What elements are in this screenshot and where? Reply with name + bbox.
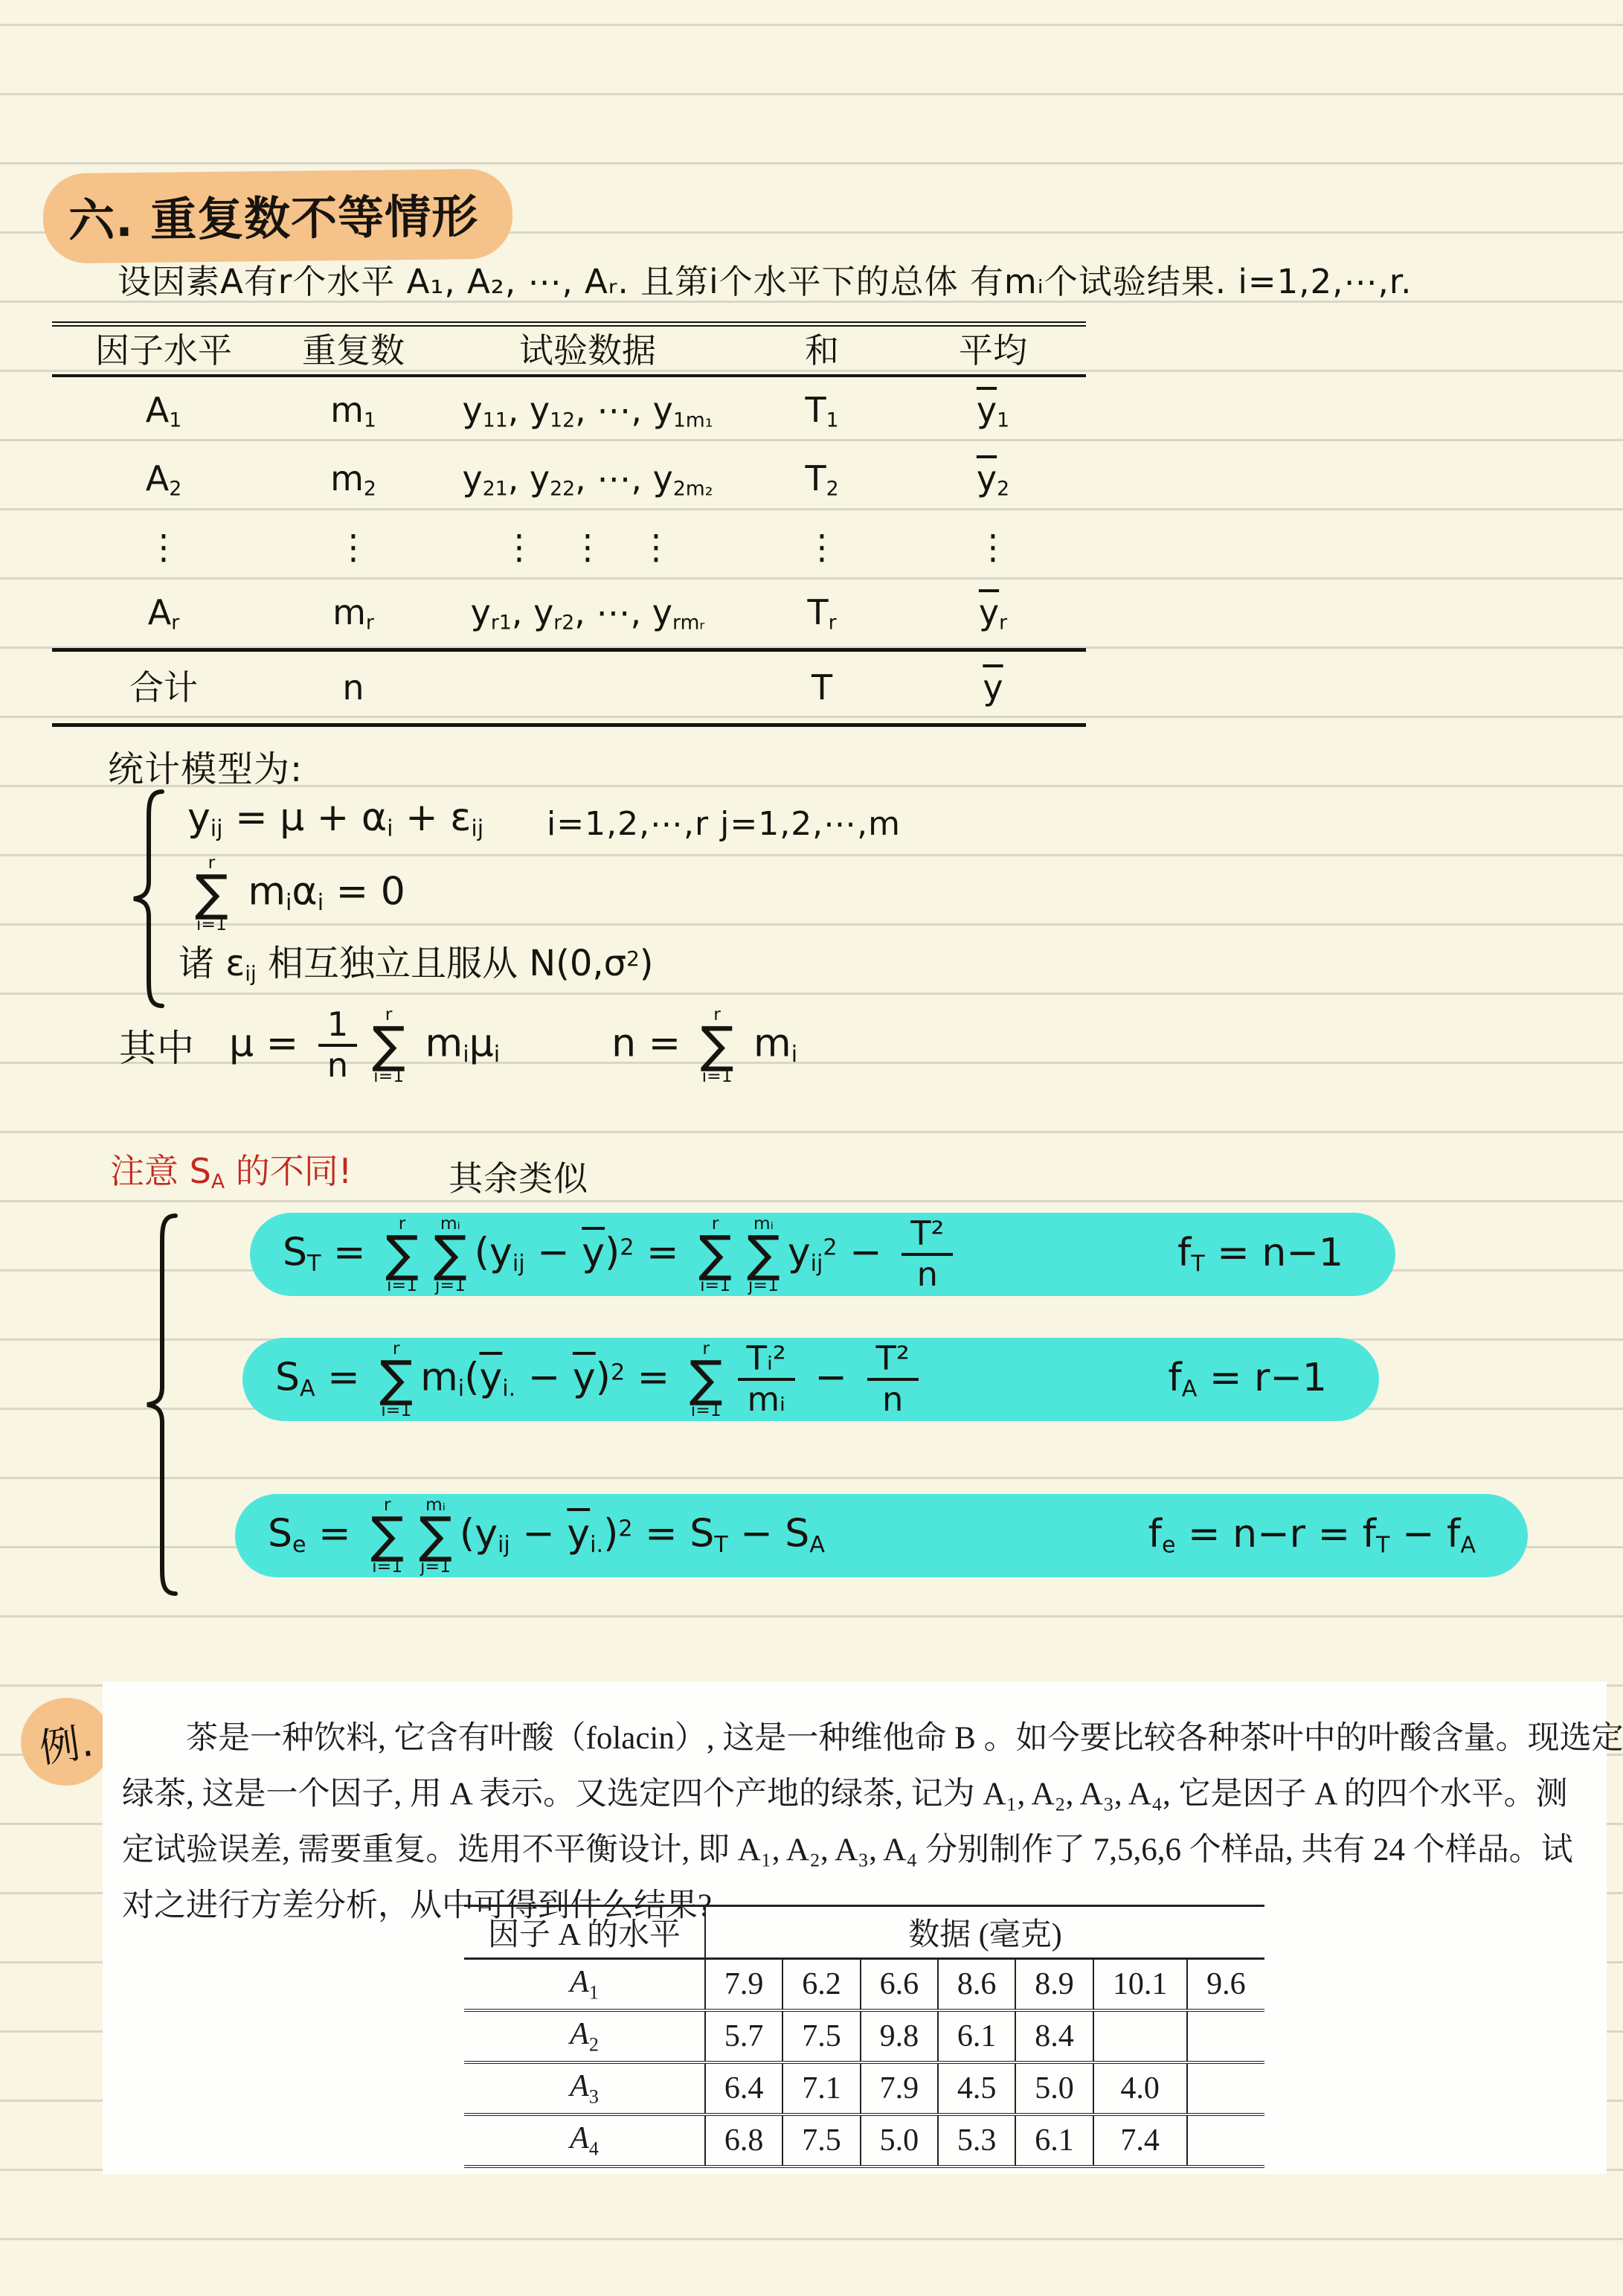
summary-cell: yr1, yr2, ⋯, yrmᵣ [431,594,744,634]
data-cell: 7.4 [1093,2114,1187,2167]
paragraph-line: 茶是一种饮料, 它含有叶酸（folacin）, 这是一种维他命 B 。如今要比较… [122,1707,1587,1763]
red-annotation: 注意 SA 的不同! 其余类似 [110,1152,588,1201]
model-index-conditions: i=1,2,⋯,r j=1,2,⋯,m [547,805,901,843]
data-cell: 8.4 [1015,2010,1093,2062]
summary-cell: 合计 [52,669,275,707]
se-formula: Se = r∑i=1mᵢ∑j=1(yij − yi.)2 = ST − SA [268,1496,825,1576]
data-cell: 7.1 [782,2062,860,2114]
summary-cell: y [900,669,1086,707]
summary-row: A1m1y11, y12, ⋯, y1m₁T1y1 [52,377,1086,446]
summary-cell: A1 [52,391,275,432]
summary-cell: ⋮ ⋮ ⋮ [431,528,744,566]
data-table-body: A17.96.26.68.68.910.19.6A25.77.59.86.18.… [464,1959,1264,2167]
example-card: 茶是一种饮料, 它含有叶酸（folacin）, 这是一种维他命 B 。如今要比较… [103,1681,1607,2174]
data-column-header: 数据 (毫克) [705,1906,1264,1959]
level-cell: A2 [464,2010,705,2062]
summary-cell: y2 [900,460,1086,500]
summary-cell: mr [275,594,431,634]
n-definition: n = r∑i=1 mi [611,1006,797,1086]
summary-cell: T2 [744,460,900,500]
summary-table: 因子水平 重复数 试验数据 和 平均 A1m1y11, y12, ⋯, y1m₁… [52,321,1086,727]
data-cell: 6.1 [938,2010,1015,2062]
summary-cell: Tr [744,594,900,634]
data-cell: 4.0 [1093,2062,1187,2114]
table-row: A36.47.17.94.55.04.0 [464,2062,1264,2114]
example-paragraph: 茶是一种饮料, 它含有叶酸（folacin）, 这是一种维他命 B 。如今要比较… [122,1707,1587,1931]
data-cell: 5.7 [705,2010,782,2062]
summary-row: 合计nTy [52,648,1086,727]
se-degrees-of-freedom: fe = n−r = fT − fA [1148,1513,1495,1559]
summary-cell: ⋮ [900,528,1086,566]
model-equation: yij = μ + αi + εij [187,796,483,842]
data-cell [1187,2114,1264,2167]
data-cell: 10.1 [1093,1959,1187,2011]
data-cell: 7.5 [782,2114,860,2167]
summary-cell: m2 [275,460,431,500]
data-cell [1187,2010,1264,2062]
data-cell: 4.5 [938,2062,1015,2114]
level-column-header: 因子 A 的水平 [464,1906,705,1959]
header-cell: 试验数据 [431,332,744,370]
level-cell: A3 [464,2062,705,2114]
paragraph-line: 定试验误差, 需要重复。选用不平衡设计, 即 A₁, A₂, A₃, A₄ 分别… [122,1819,1587,1875]
data-cell: 6.8 [705,2114,782,2167]
summary-table-header: 因子水平 重复数 试验数据 和 平均 [52,321,1086,377]
data-cell [1093,2010,1187,2062]
table-row: A17.96.26.68.68.910.19.6 [464,1959,1264,2011]
data-cell: 6.2 [782,1959,860,2011]
curly-brace-icon [132,787,167,1010]
header-cell: 和 [744,332,900,370]
data-cell: 5.0 [861,2114,938,2167]
model-label: 统计模型为: [108,740,303,792]
data-cell: 6.1 [1015,2114,1093,2167]
header-cell: 因子水平 [52,332,275,370]
summary-cell: Ar [52,594,275,634]
model-error-assumption: 诸 εij 相互独立且服从 N(0,σ2) [179,943,654,986]
intro-line: 设因素A有r个水平 A₁, A₂, ⋯, Aᵣ. 且第i个水平下的总体 有mᵢ个… [118,254,1412,303]
model-constraint: r∑i=1 miαi = 0 [187,854,405,934]
where-line: 其中 μ = 1nr∑i=1 miμi n = r∑i=1 mi [119,1006,797,1086]
header-cell: 重复数 [275,332,431,370]
sa-degrees-of-freedom: fA = r−1 [1168,1356,1346,1402]
data-table-header: 因子 A 的水平 数据 (毫克) [464,1906,1264,1959]
summary-cell: yr [900,594,1086,634]
mu-definition: μ = 1nr∑i=1 miμi [229,1006,500,1086]
summary-cell: T1 [744,391,900,432]
summary-cell: m1 [275,391,431,432]
summary-cell: n [275,669,431,707]
summary-cell: ⋮ [52,528,275,566]
data-cell: 9.6 [1187,1959,1264,2011]
summary-row: A2m2y21, y22, ⋯, y2m₂T2y2 [52,446,1086,514]
summary-cell: ⋮ [744,528,900,566]
curly-brace-icon [146,1211,187,1598]
summary-cell: y11, y12, ⋯, y1m₁ [431,391,744,432]
section-title: 六. 重复数不等情形 [42,169,512,264]
error-sum-of-squares-highlight: Se = r∑i=1mᵢ∑j=1(yij − yi.)2 = ST − SA f… [235,1494,1528,1577]
summary-cell: T [744,669,900,707]
header-cell: 平均 [900,332,1086,370]
data-cell: 7.9 [705,1959,782,2011]
data-cell: 6.6 [861,1959,938,2011]
summary-table-body: A1m1y11, y12, ⋯, y1m₁T1y1A2m2y21, y22, ⋯… [52,377,1086,727]
data-cell: 6.4 [705,2062,782,2114]
summary-cell: A2 [52,460,275,500]
paragraph-line: 绿茶, 这是一个因子, 用 A 表示。又选定四个产地的绿茶, 记为 A₁, A₂… [122,1763,1587,1819]
summary-row: Armryr1, yr2, ⋯, yrmᵣTryr [52,580,1086,648]
data-cell [1187,2062,1264,2114]
red-note-secondary: 其余类似 [449,1152,588,1201]
data-table: 因子 A 的水平 数据 (毫克) A17.96.26.68.68.910.19.… [464,1905,1264,2168]
summary-cell: y21, y22, ⋯, y2m₂ [431,460,744,500]
table-row: A46.87.55.05.36.17.4 [464,2114,1264,2167]
st-degrees-of-freedom: fT = n−1 [1177,1231,1363,1277]
total-sum-of-squares-highlight: ST = r∑i=1mᵢ∑j=1(yij − y)2 = r∑i=1mᵢ∑j=1… [250,1213,1395,1296]
data-cell: 9.8 [861,2010,938,2062]
factor-sum-of-squares-highlight: SA = r∑i=1mi(yi. − y)2 = r∑i=1Tᵢ²mᵢ − T²… [242,1338,1379,1421]
data-cell: 8.9 [1015,1959,1093,2011]
level-cell: A4 [464,2114,705,2167]
summary-row: ⋮⋮⋮ ⋮ ⋮⋮⋮ [52,514,1086,580]
summary-cell: ⋮ [275,528,431,566]
data-cell: 7.5 [782,2010,860,2062]
where-label: 其中 [119,1019,195,1072]
notebook-page: 六. 重复数不等情形 设因素A有r个水平 A₁, A₂, ⋯, Aᵣ. 且第i个… [0,0,1623,2296]
table-row: A25.77.59.86.18.4 [464,2010,1264,2062]
summary-cell: y1 [900,391,1086,432]
data-cell: 5.3 [938,2114,1015,2167]
level-cell: A1 [464,1959,705,2011]
st-formula: ST = r∑i=1mᵢ∑j=1(yij − y)2 = r∑i=1mᵢ∑j=1… [283,1215,960,1295]
data-cell: 8.6 [938,1959,1015,2011]
data-cell: 5.0 [1015,2062,1093,2114]
sa-formula: SA = r∑i=1mi(yi. − y)2 = r∑i=1Tᵢ²mᵢ − T²… [275,1340,926,1420]
red-note-main: 注意 SA 的不同! [110,1152,352,1201]
data-cell: 7.9 [861,2062,938,2114]
